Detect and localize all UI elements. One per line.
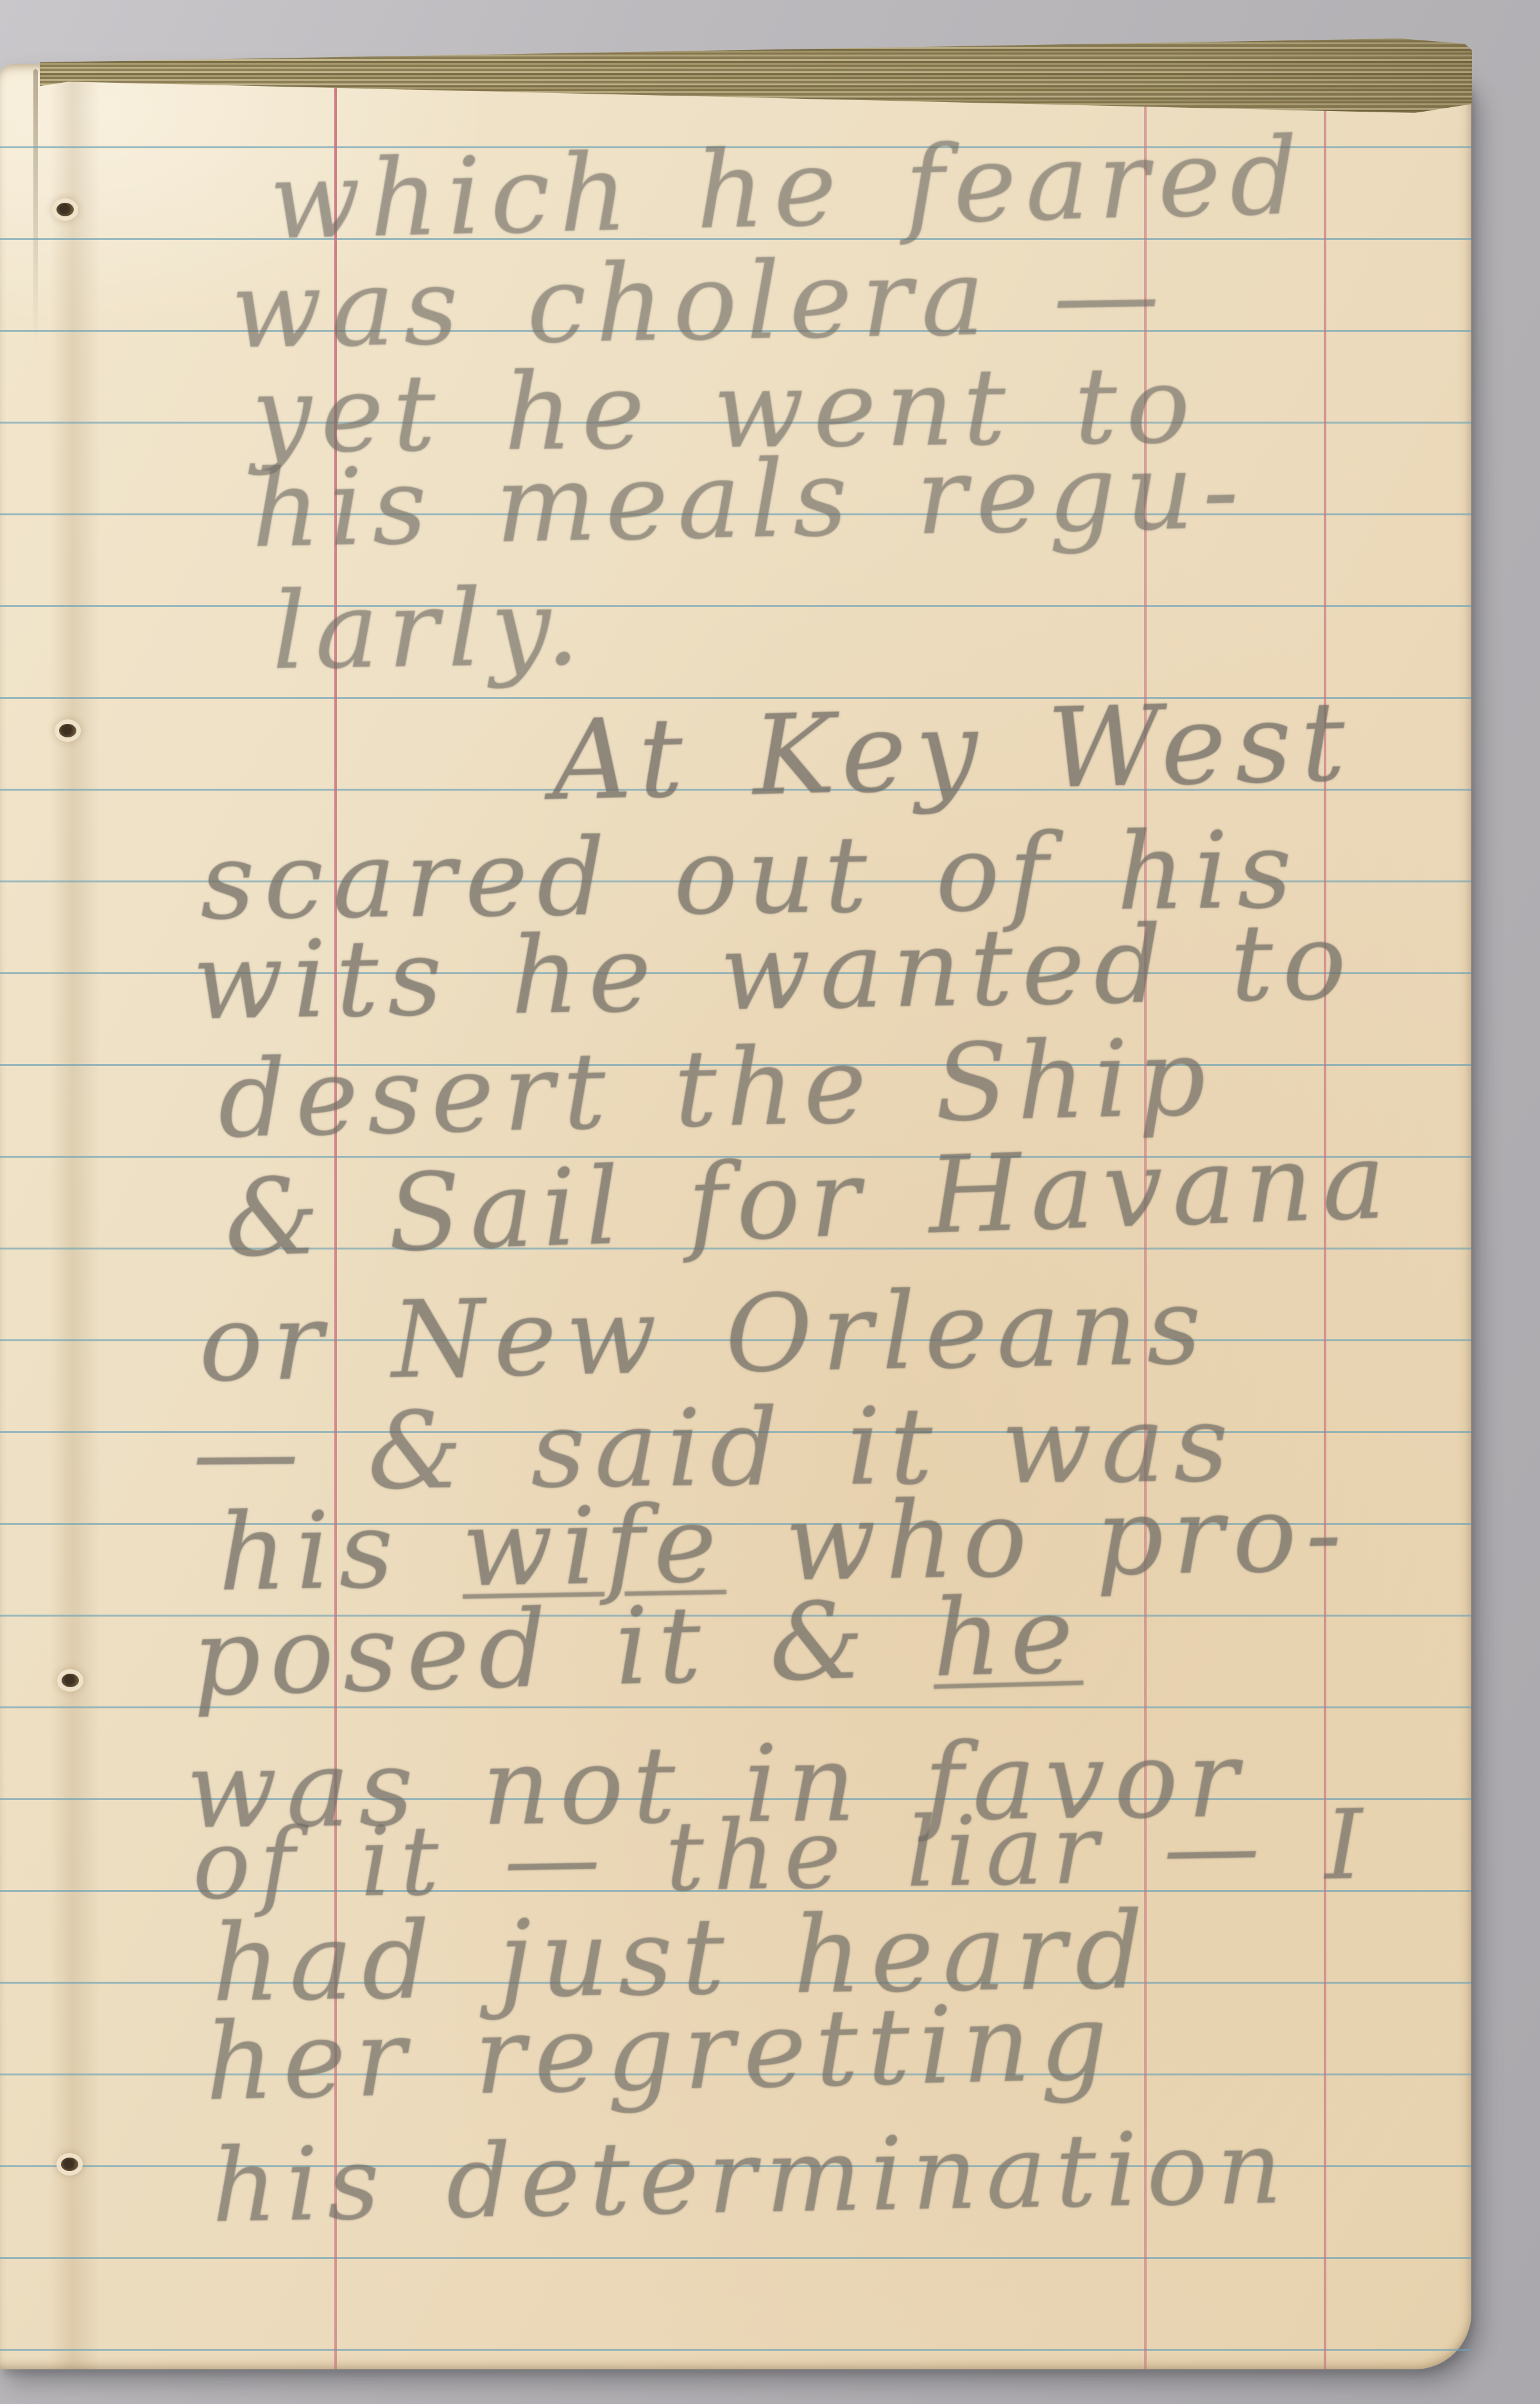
handwriting-line: larly. — [271, 574, 589, 685]
underlined-word: he — [931, 1574, 1084, 1701]
handwriting-line: posed it & he — [191, 1583, 1084, 1712]
handwriting-layer: which he fearedwas cholera —yet he went … — [0, 0, 1540, 2404]
handwriting-line: her regretting — [204, 1989, 1118, 2116]
handwriting-line: his determination — [211, 2117, 1292, 2237]
scanned-notebook-photo: which he fearedwas cholera —yet he went … — [0, 0, 1540, 2404]
handwriting-line: At Key West — [551, 686, 1355, 816]
handwriting-line: or New Orleans — [198, 1274, 1211, 1398]
handwriting-line: his meals regu- — [250, 438, 1248, 563]
